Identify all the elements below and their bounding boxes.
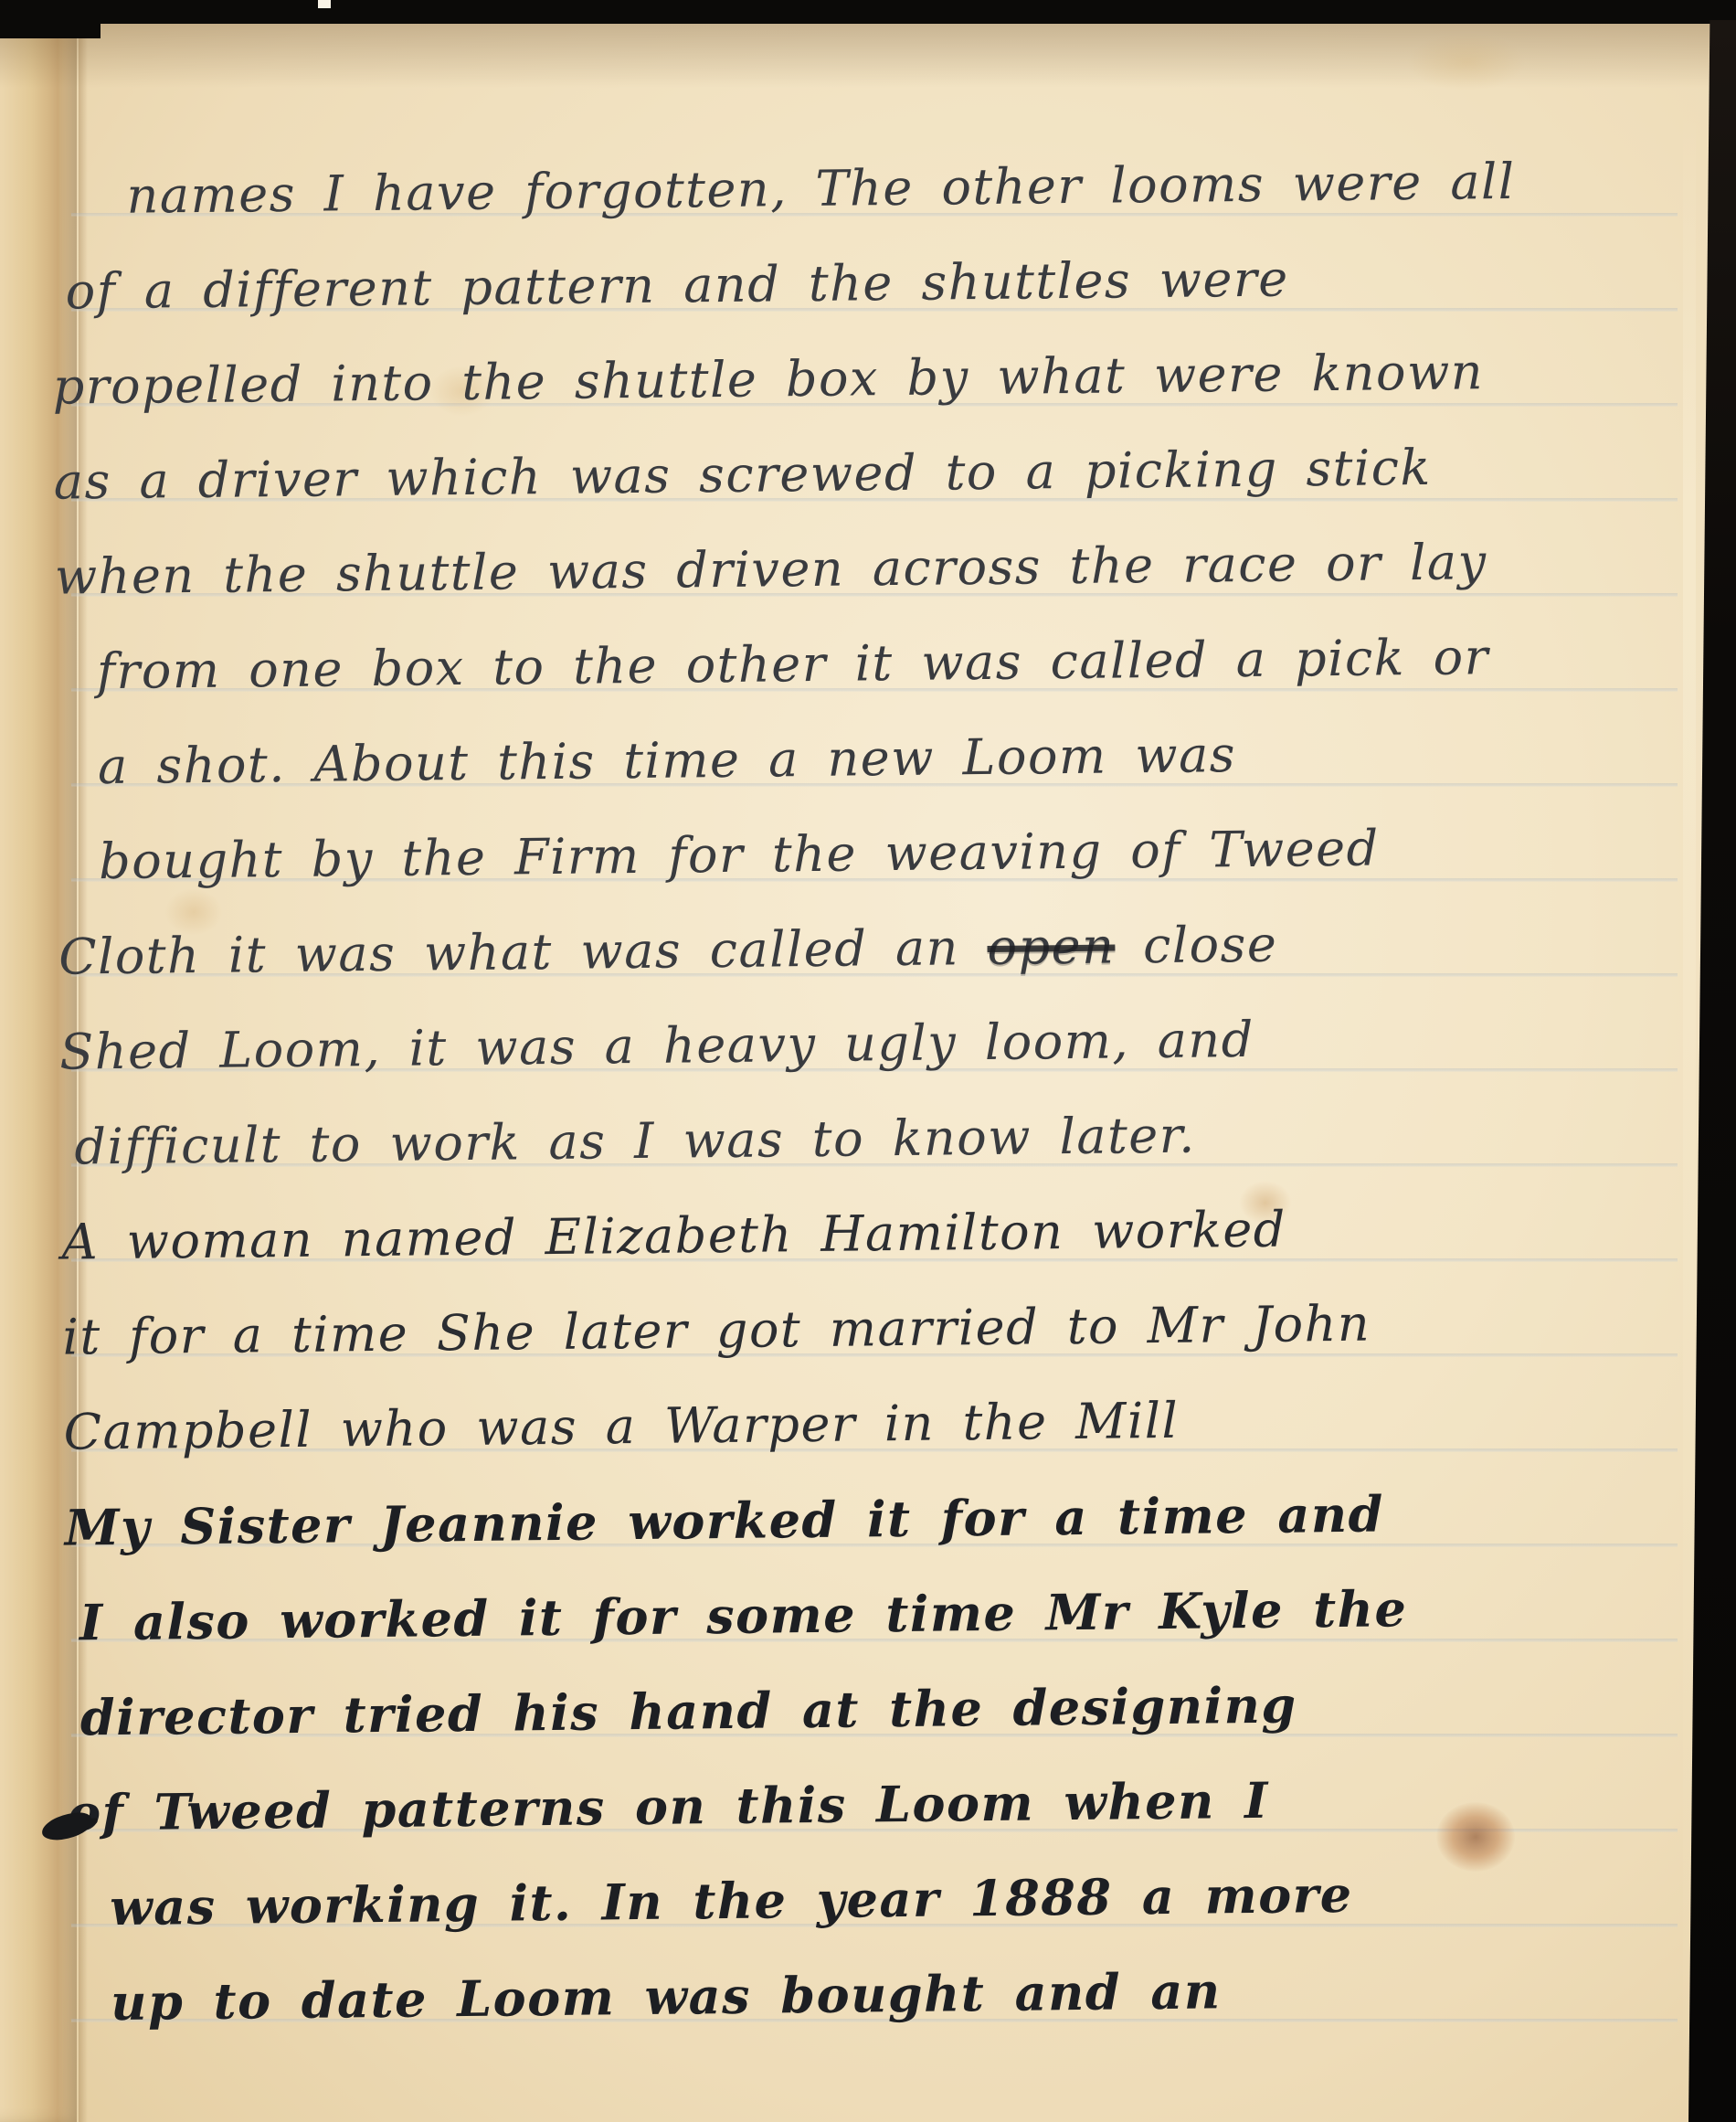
manuscript-line: director tried his hand at the designing — [16, 1653, 1716, 1766]
line-text: close — [1115, 916, 1278, 975]
manuscript-line: when the shuttle was driven across the r… — [4, 513, 1704, 625]
line-text: was working it. In the year 1888 a more — [110, 1865, 1353, 1936]
manuscript-line: Shed Loom, it was a heavy ugly loom, and — [9, 988, 1710, 1100]
manuscript-line: A woman named Elizabeth Hamilton worked — [11, 1178, 1711, 1290]
handwritten-text-block: names I have forgotten, The other looms … — [0, 133, 1720, 2051]
line-text: Cloth it was what was called an — [58, 918, 988, 986]
line-text: My Sister Jeannie worked it for a time a… — [64, 1484, 1384, 1556]
line-text: director tried his hand at the designing — [80, 1675, 1297, 1746]
page-top-shadow — [0, 24, 1736, 88]
manuscript-line: names I have forgotten, The other looms … — [0, 133, 1700, 245]
line-text: names I have forgotten, The other looms … — [126, 153, 1516, 225]
line-text: difficult to work as I was to know later… — [74, 1107, 1196, 1176]
photo-edge-top-left — [0, 0, 101, 38]
manuscript-line: bought by the Firm for the weaving of Tw… — [7, 798, 1708, 910]
paper-notch — [318, 0, 331, 8]
manuscript-line: I also worked it for some time Mr Kyle t… — [15, 1558, 1715, 1671]
manuscript-line: Campbell who was a Warper in the Mill — [13, 1368, 1713, 1480]
manuscript-line: as a driver which was screwed to a picki… — [3, 418, 1703, 530]
line-text: Shed Loom, it was a heavy ugly loom, and — [59, 1011, 1254, 1081]
manuscript-line: it for a time She later got married to M… — [12, 1273, 1712, 1385]
line-text: A woman named Elizabeth Hamilton worked — [61, 1201, 1286, 1271]
line-text: of a different pattern and the shuttles … — [65, 249, 1289, 320]
manuscript-line: up to date Loom was bought and an — [19, 1938, 1720, 2051]
line-text: I also worked it for some time Mr Kyle t… — [79, 1579, 1408, 1651]
line-text: of Tweed patterns on this Loom when I — [68, 1771, 1269, 1842]
line-text: when the shuttle was driven across the r… — [55, 533, 1487, 605]
struck-out-word: open — [987, 918, 1115, 976]
line-text: as a driver which was screwed to a picki… — [53, 439, 1431, 511]
line-text: propelled into the shuttle box by what w… — [52, 343, 1484, 415]
manuscript-line: My Sister Jeannie worked it for a time a… — [14, 1463, 1714, 1576]
manuscript-line: propelled into the shuttle box by what w… — [2, 323, 1702, 435]
manuscript-line: a shot. About this time a new Loom was — [6, 703, 1707, 815]
line-text: Campbell who was a Warper in the Mill — [63, 1392, 1179, 1461]
manuscript-line: difficult to work as I was to know later… — [10, 1083, 1710, 1195]
line-text: a shot. About this time a new Loom was — [98, 726, 1236, 795]
line-text: bought by the Firm for the weaving of Tw… — [99, 819, 1380, 890]
manuscript-line: from one box to the other it was called … — [5, 608, 1705, 720]
manuscript-line: of Tweed patterns on this Loom when I — [17, 1748, 1718, 1861]
manuscript-line: Cloth it was what was called an open clo… — [8, 893, 1709, 1005]
manuscript-line: was working it. In the year 1888 a more — [18, 1843, 1719, 1956]
line-text: up to date Loom was bought and an — [111, 1961, 1222, 2032]
notebook-page: names I have forgotten, The other looms … — [0, 0, 1736, 2122]
line-text: from one box to the other it was called … — [97, 628, 1490, 700]
manuscript-line: of a different pattern and the shuttles … — [1, 228, 1701, 340]
line-text: it for a time She later got married to M… — [62, 1295, 1371, 1366]
photo-edge-top — [0, 0, 1736, 24]
